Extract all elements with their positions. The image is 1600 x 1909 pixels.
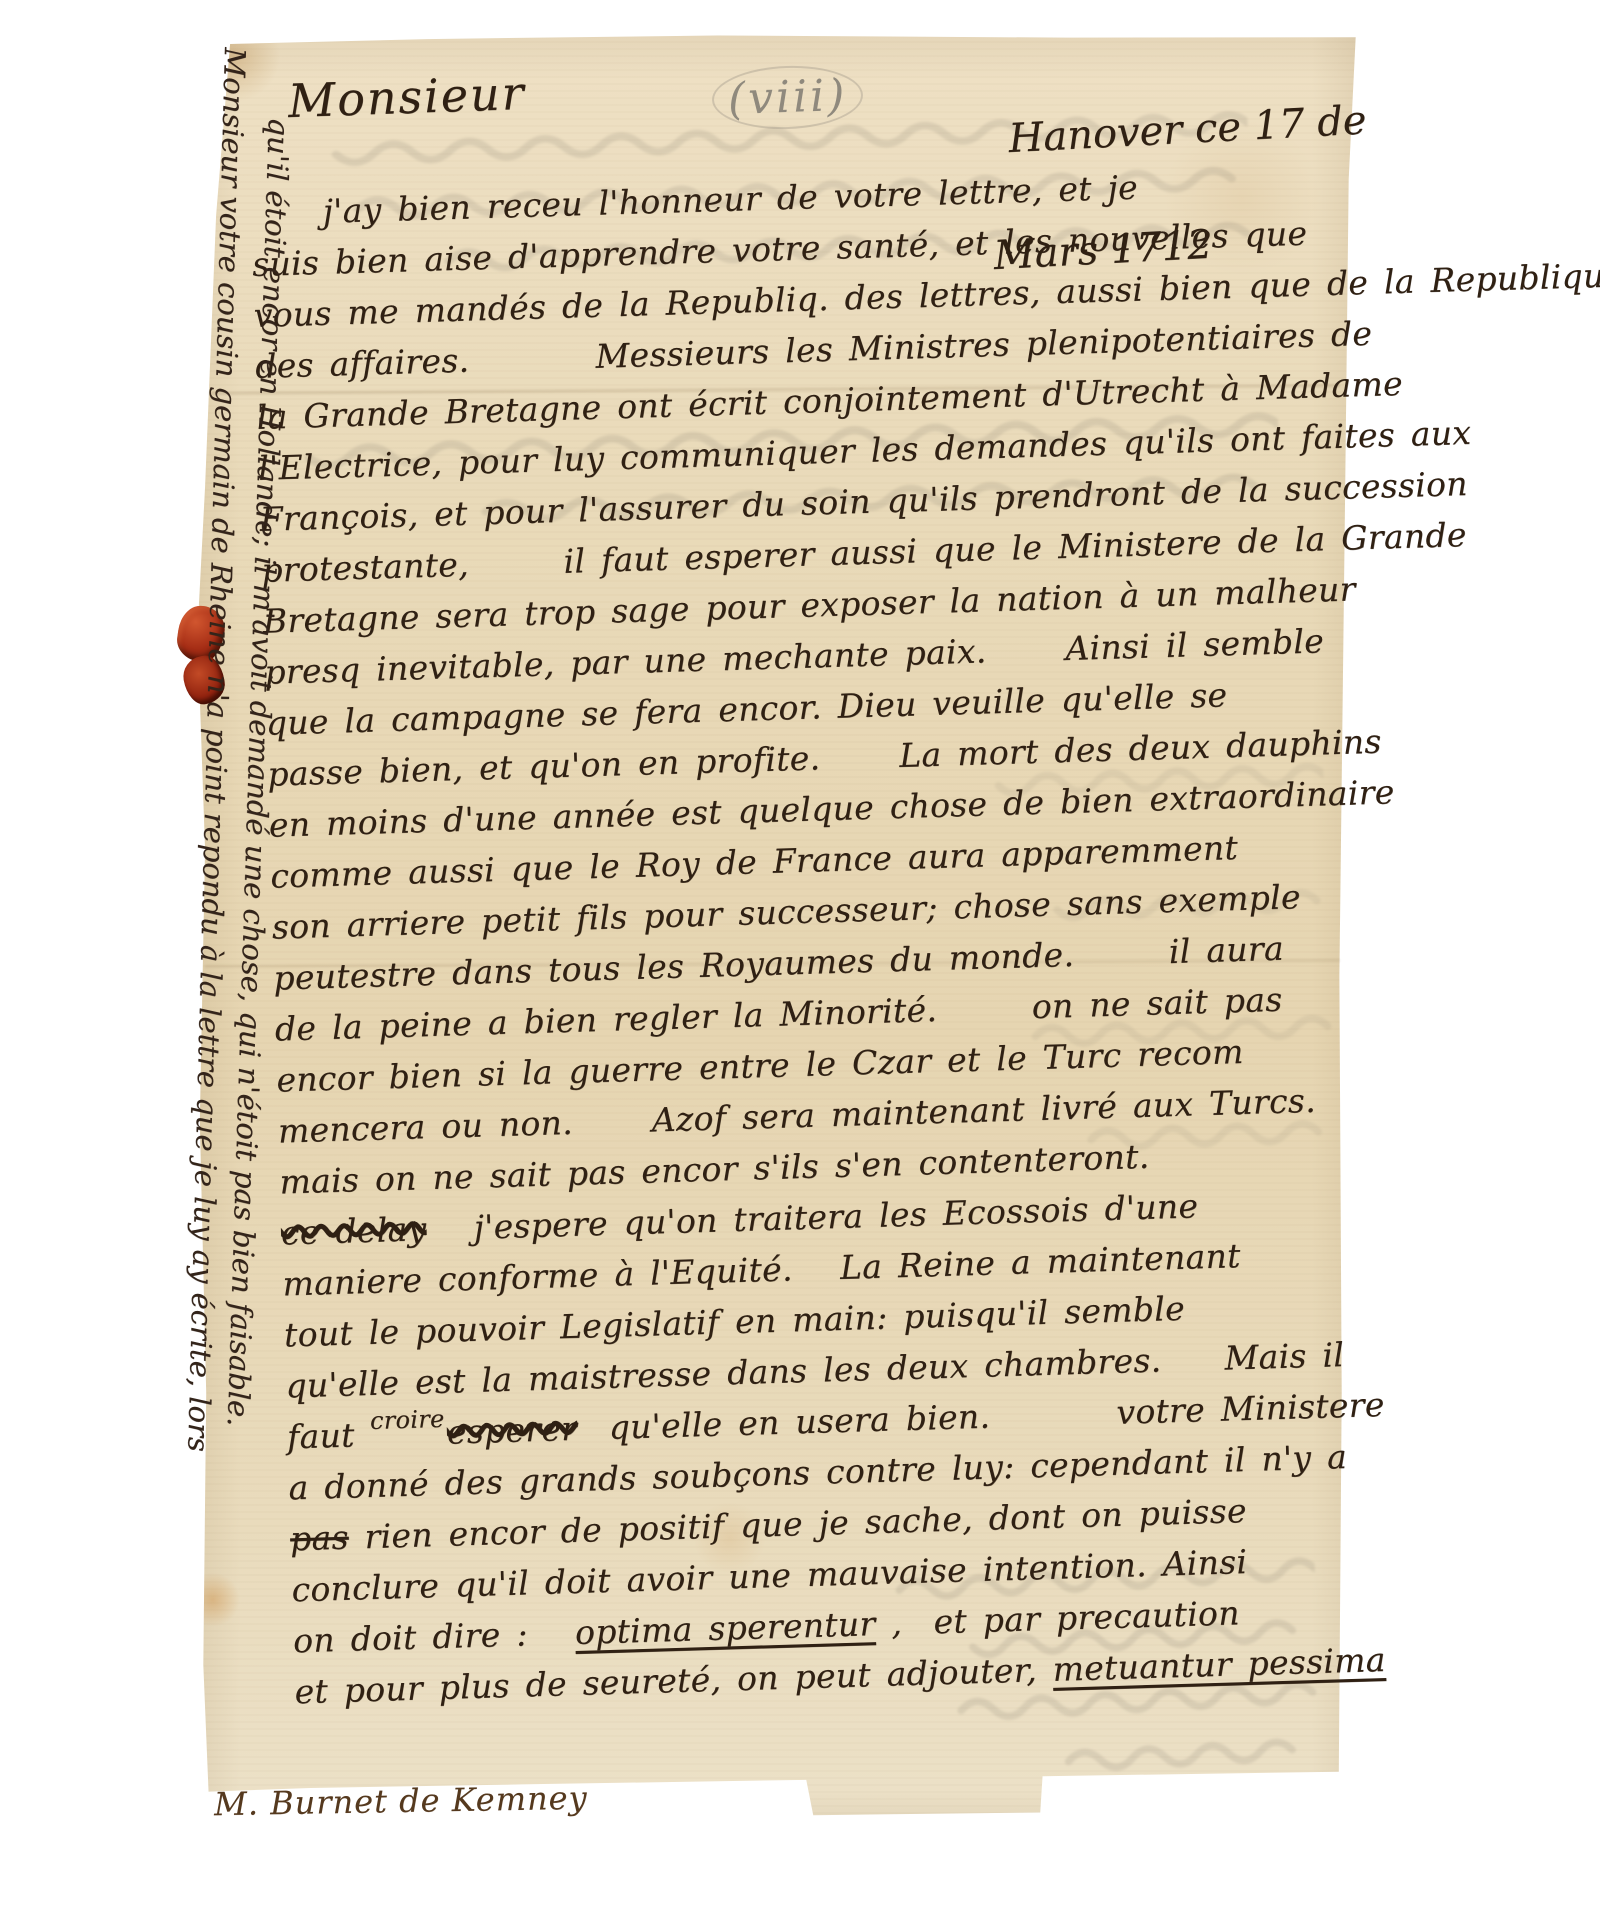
- manuscript-photo: (viii) Hanover ce 17 de Mars 1712 Monsie…: [0, 0, 1600, 1909]
- letter-body-lines: j'ay bien receu l'honneur de votre lettr…: [250, 155, 1395, 1717]
- body-text-segment: esperer: [446, 1409, 577, 1452]
- body-text-segment: on doit dire :: [293, 1613, 576, 1660]
- body-text-segment: , et par precaution: [875, 1593, 1240, 1643]
- dateline-place: Hanover ce 17 de: [1007, 97, 1367, 162]
- salutation: Monsieur: [287, 66, 526, 128]
- body-text-segment: metuantur pessima: [1052, 1640, 1386, 1689]
- body-text-segment: pas: [290, 1518, 350, 1559]
- body-text-segment: optima sperentur: [574, 1604, 876, 1652]
- body-text-segment: ce delay: [280, 1209, 427, 1252]
- recipient-annotation: M. Burnet de Kemney: [214, 1779, 588, 1824]
- body-text-segment: croire: [369, 1394, 445, 1447]
- body-text-segment: faut: [286, 1415, 371, 1456]
- ghost-line: [1068, 1741, 1293, 1769]
